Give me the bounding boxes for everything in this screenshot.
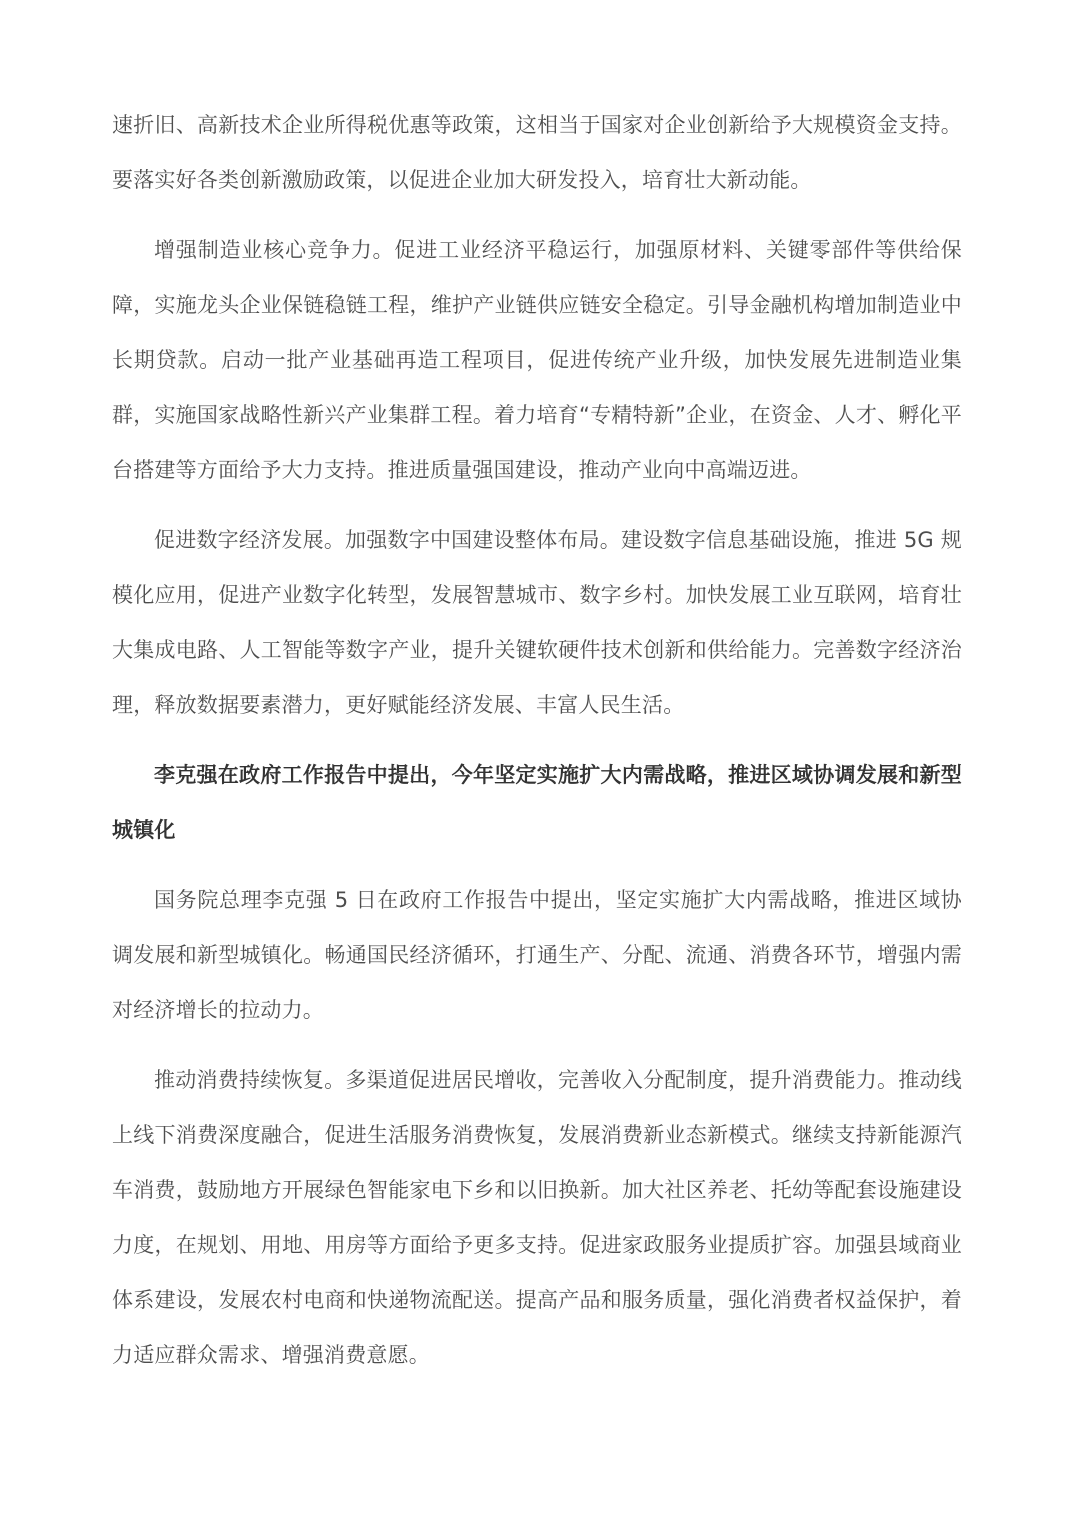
- body-paragraph: 国务院总理李克强 5 日在政府工作报告中提出，坚定实施扩大内需战略，推进区域协调…: [112, 873, 962, 1038]
- body-paragraph: 速折旧、高新技术企业所得税优惠等政策，这相当于国家对企业创新给予大规模资金支持。…: [112, 98, 962, 208]
- document-page: 速折旧、高新技术企业所得税优惠等政策，这相当于国家对企业创新给予大规模资金支持。…: [0, 0, 1074, 1520]
- body-paragraph: 促进数字经济发展。加强数字中国建设整体布局。建设数字信息基础设施，推进 5G 规…: [112, 513, 962, 733]
- body-paragraph: 增强制造业核心竞争力。促进工业经济平稳运行，加强原材料、关键零部件等供给保障，实…: [112, 223, 962, 498]
- document-content: 速折旧、高新技术企业所得税优惠等政策，这相当于国家对企业创新给予大规模资金支持。…: [112, 98, 962, 1383]
- body-paragraph: 推动消费持续恢复。多渠道促进居民增收，完善收入分配制度，提升消费能力。推动线上线…: [112, 1053, 962, 1383]
- section-heading: 李克强在政府工作报告中提出，今年坚定实施扩大内需战略，推进区域协调发展和新型城镇…: [112, 748, 962, 858]
